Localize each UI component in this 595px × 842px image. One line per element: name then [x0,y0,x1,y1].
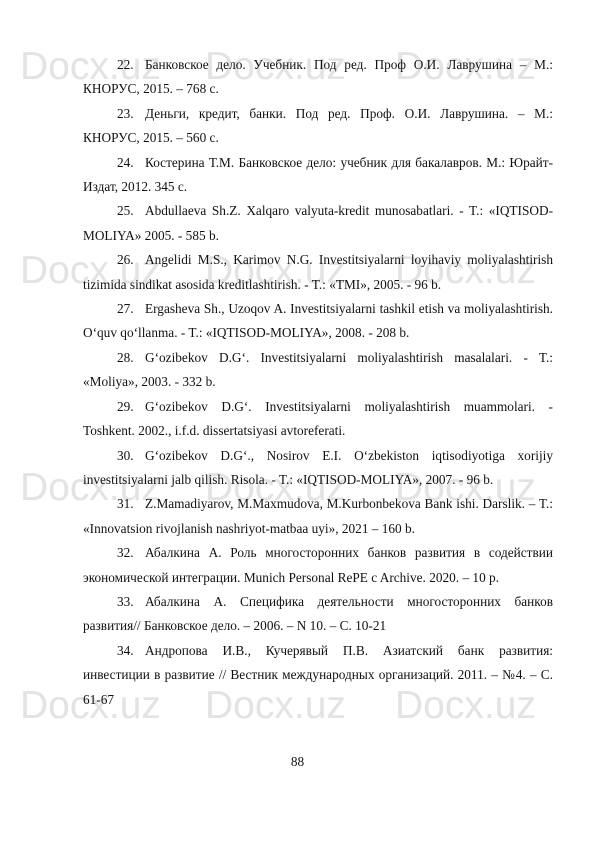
reference-number: 28. [117,346,145,370]
reference-text: G‘ozibekov D.G‘. Investitsiyalarni moliy… [83,350,553,389]
reference-number: 26. [117,248,145,272]
reference-text: Z.Mamadiyarov, M.Maxmudova, M.Kurbonbeko… [83,496,553,535]
reference-item: 30.G‘ozibekov D.G‘., Nosirov E.I. O‘zbek… [83,444,553,493]
reference-number: 27. [117,297,145,321]
reference-item: 24.Костерина Т.М. Банковское дело: учебн… [83,151,553,200]
reference-number: 32. [117,541,145,565]
reference-text: Abdullaeva Sh.Z. Xalqaro valyuta-kredit … [83,203,553,242]
reference-list: 22.Банковское дело. Учебник. Под ред. Пр… [83,53,553,712]
reference-item: 31.Z.Mamadiyarov, M.Maxmudova, M.Kurbonb… [83,492,553,541]
reference-item: 29.G‘ozibekov D.G‘. Investitsiyalarni mo… [83,395,553,444]
reference-number: 24. [117,151,145,175]
reference-item: 33.Абалкина А. Специфика деятельности мн… [83,590,553,639]
reference-item: 26.Angelidi M.S., Karimov N.G. Investits… [83,248,553,297]
reference-item: 22.Банковское дело. Учебник. Под ред. Пр… [83,53,553,102]
reference-item: 23.Деньги, кредит, банки. Под ред. Проф.… [83,102,553,151]
reference-text: Ergasheva Sh., Uzoqov A. Investitsiyalar… [83,301,553,340]
reference-number: 25. [117,199,145,223]
reference-text: G‘ozibekov D.G‘., Nosirov E.I. O‘zbekist… [83,448,553,487]
reference-item: 28.G‘ozibekov D.G‘. Investitsiyalarni mo… [83,346,553,395]
reference-number: 30. [117,444,145,468]
reference-text: Костерина Т.М. Банковское дело: учебник … [83,155,553,194]
document-page: Docx.uz Docx.uz Docx.uz Docx.uz Docx.uz … [0,0,595,842]
reference-number: 34. [117,639,145,663]
reference-item: 32.Абалкина А. Роль многосторонних банко… [83,541,553,590]
reference-item: 25.Abdullaeva Sh.Z. Xalqaro valyuta-kred… [83,199,553,248]
reference-text: Банковское дело. Учебник. Под ред. Проф … [83,57,553,96]
reference-number: 23. [117,102,145,126]
reference-number: 22. [117,53,145,77]
reference-number: 29. [117,395,145,419]
reference-text: Деньги, кредит, банки. Под ред. Проф. О.… [83,106,553,145]
reference-text: Angelidi M.S., Karimov N.G. Investitsiya… [83,252,553,291]
page-number: 88 [0,754,595,770]
reference-item: 27.Ergasheva Sh., Uzoqov A. Investitsiya… [83,297,553,346]
reference-text: G‘ozibekov D.G‘. Investitsiyalarni moliy… [83,399,553,438]
reference-number: 33. [117,590,145,614]
reference-number: 31. [117,492,145,516]
reference-text: Абалкина А. Специфика деятельности много… [83,594,553,633]
reference-text: Абалкина А. Роль многосторонних банков р… [83,545,553,584]
reference-text: Андропова И.В., Кучерявый П.В. Азиатский… [83,643,553,707]
reference-item: 34.Андропова И.В., Кучерявый П.В. Азиатс… [83,639,553,712]
